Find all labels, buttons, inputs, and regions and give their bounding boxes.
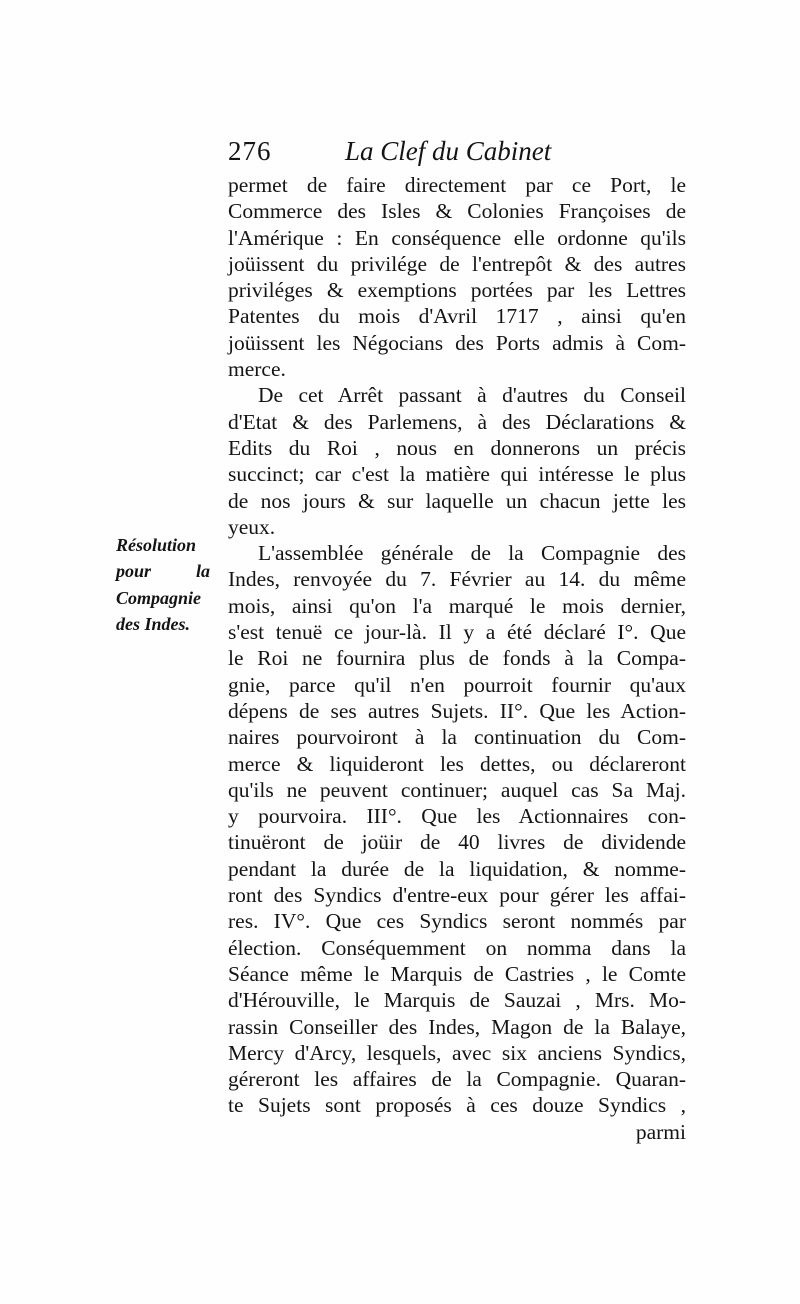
text-line: Mercy d'Arcy, lesquels, avec six anciens… — [228, 1040, 686, 1066]
margin-note-line: des Indes. — [116, 611, 210, 637]
text-line: mois, ainsi qu'on l'a marqué le mois der… — [228, 593, 686, 619]
running-title: La Clef du Cabinet — [345, 136, 551, 167]
text-line: permet de faire directement par ce Port,… — [228, 172, 686, 198]
text-line: gnie, parce qu'il n'en pourroit fournir … — [228, 672, 686, 698]
text-line: Commerce des Isles & Colonies Françoises… — [228, 198, 686, 224]
text-line: Séance même le Marquis de Castries , le … — [228, 961, 686, 987]
text-line: d'Etat & des Parlemens, à des Déclaratio… — [228, 409, 686, 435]
text-line: naires pourvoiront à la continuation du … — [228, 724, 686, 750]
margin-note: Résolution pour la Compagnie des Indes. — [116, 532, 210, 637]
text-line: d'Hérouville, le Marquis de Sauzai , Mrs… — [228, 987, 686, 1013]
text-line: merce & liquideront les dettes, ou décla… — [228, 751, 686, 777]
text-line: pendant la durée de la liquidation, & no… — [228, 856, 686, 882]
text-line: tinuëront de joüir de 40 livres de divid… — [228, 829, 686, 855]
text-line: joüissent les Négocians des Ports admis … — [228, 330, 686, 356]
text-line: priviléges & exemptions portées par les … — [228, 277, 686, 303]
text-line: y pourvoira. III°. Que les Actionnaires … — [228, 803, 686, 829]
text-line: merce. — [228, 356, 686, 382]
page-number: 276 — [228, 136, 272, 167]
text-line: Patentes du mois d'Avril 1717 , ainsi qu… — [228, 303, 686, 329]
text-line: s'est tenuë ce jour-là. Il y a été décla… — [228, 619, 686, 645]
text-line: joüissent du privilége de l'entrepôt & d… — [228, 251, 686, 277]
margin-note-line: Compagnie — [116, 585, 210, 611]
paragraph-start-line: De cet Arrêt passant à d'autres du Conse… — [228, 382, 686, 408]
margin-note-line: pour la — [116, 558, 210, 584]
paragraph-start-line: L'assemblée générale de la Compagnie des — [228, 540, 686, 566]
margin-note-line: Résolution — [116, 532, 210, 558]
text-line: géreront les affaires de la Compagnie. Q… — [228, 1066, 686, 1092]
text-line: yeux. — [228, 514, 686, 540]
body-text: permet de faire directement par ce Port,… — [228, 172, 686, 1145]
text-line: ront des Syndics d'entre-eux pour gérer … — [228, 882, 686, 908]
text-line: qu'ils ne peuvent continuer; auquel cas … — [228, 777, 686, 803]
text-line: l'Amérique : En conséquence elle ordonne… — [228, 225, 686, 251]
text-line: res. IV°. Que ces Syndics seront nommés … — [228, 908, 686, 934]
text-line: de nos jours & sur laquelle un chacun je… — [228, 488, 686, 514]
text-line: élection. Conséquemment on nomma dans la — [228, 935, 686, 961]
text-line: te Sujets sont proposés à ces douze Synd… — [228, 1092, 686, 1118]
catchword: parmi — [228, 1119, 686, 1145]
text-line: Indes, renvoyée du 7. Février au 14. du … — [228, 566, 686, 592]
text-line: succinct; car c'est la matière qui intér… — [228, 461, 686, 487]
text-line: Edits du Roi , nous en donnerons un préc… — [228, 435, 686, 461]
page-header: 276 La Clef du Cabinet — [228, 136, 688, 170]
text-line: rassin Conseiller des Indes, Magon de la… — [228, 1014, 686, 1040]
text-line: le Roi ne fournira plus de fonds à la Co… — [228, 645, 686, 671]
text-line: dépens de ses autres Sujets. II°. Que le… — [228, 698, 686, 724]
book-page: 276 La Clef du Cabinet Résolution pour l… — [0, 0, 800, 1304]
